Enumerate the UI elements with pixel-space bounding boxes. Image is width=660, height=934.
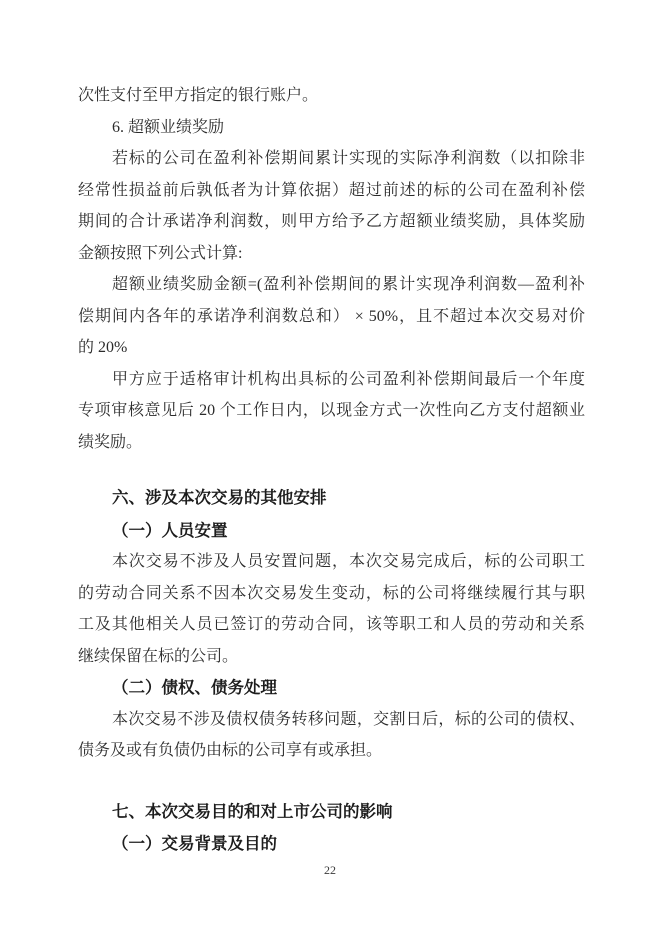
paragraph-line: 本次交易不涉及人员安置问题，本次交易完成后，标的公司职工 <box>78 546 585 578</box>
paragraph-line: 工及其他相关人员已签订的劳动合同，该等职工和人员的劳动和关系 <box>78 609 585 641</box>
paragraph-line: 债务及或有负债仍由标的公司享有或承担。 <box>78 735 585 767</box>
numbered-item-heading: 6. 超额业绩奖励 <box>78 112 585 144</box>
subsection-heading-debts: （二）债权、债务处理 <box>78 672 585 704</box>
formula-line: 偿期间内各年的承诺净利润数总和） × 50%，且不超过本次交易对价 <box>78 301 585 333</box>
paragraph-continuation-line: 次性支付至甲方指定的银行账户。 <box>78 80 585 112</box>
paragraph-line: 经常性损益前后孰低者为计算依据）超过前述的标的公司在盈利补偿 <box>78 175 585 207</box>
page-number: 22 <box>0 862 660 878</box>
section-heading-seven: 七、本次交易目的和对上市公司的影响 <box>78 797 585 829</box>
subsection-heading-personnel: （一）人员安置 <box>78 515 585 547</box>
subsection-heading-background: （一）交易背景及目的 <box>78 828 585 860</box>
paragraph-line: 本次交易不涉及债权债务转移问题，交割日后，标的公司的债权、 <box>78 704 585 736</box>
formula-line: 的 20% <box>78 332 585 364</box>
paragraph-line: 专项审核意见后 20 个工作日内，以现金方式一次性向乙方支付超额业 <box>78 395 585 427</box>
paragraph-line: 若标的公司在盈利补偿期间累计实现的实际净利润数（以扣除非 <box>78 143 585 175</box>
document-page: 次性支付至甲方指定的银行账户。 6. 超额业绩奖励 若标的公司在盈利补偿期间累计… <box>0 0 660 934</box>
paragraph-line: 的劳动合同关系不因本次交易发生变动，标的公司将继续履行其与职 <box>78 578 585 610</box>
document-body: 次性支付至甲方指定的银行账户。 6. 超额业绩奖励 若标的公司在盈利补偿期间累计… <box>78 80 585 860</box>
section-heading-six: 六、涉及本次交易的其他安排 <box>78 483 585 515</box>
paragraph-line: 期间的合计承诺净利润数，则甲方给予乙方超额业绩奖励，具体奖励 <box>78 206 585 238</box>
formula-line: 超额业绩奖励金额=(盈利补偿期间的累计实现净利润数—盈利补 <box>78 269 585 301</box>
paragraph-line: 金额按照下列公式计算: <box>78 238 585 270</box>
paragraph-line: 继续保留在标的公司。 <box>78 641 585 673</box>
paragraph-line: 绩奖励。 <box>78 427 585 459</box>
paragraph-line: 甲方应于适格审计机构出具标的公司盈利补偿期间最后一个年度 <box>78 364 585 396</box>
